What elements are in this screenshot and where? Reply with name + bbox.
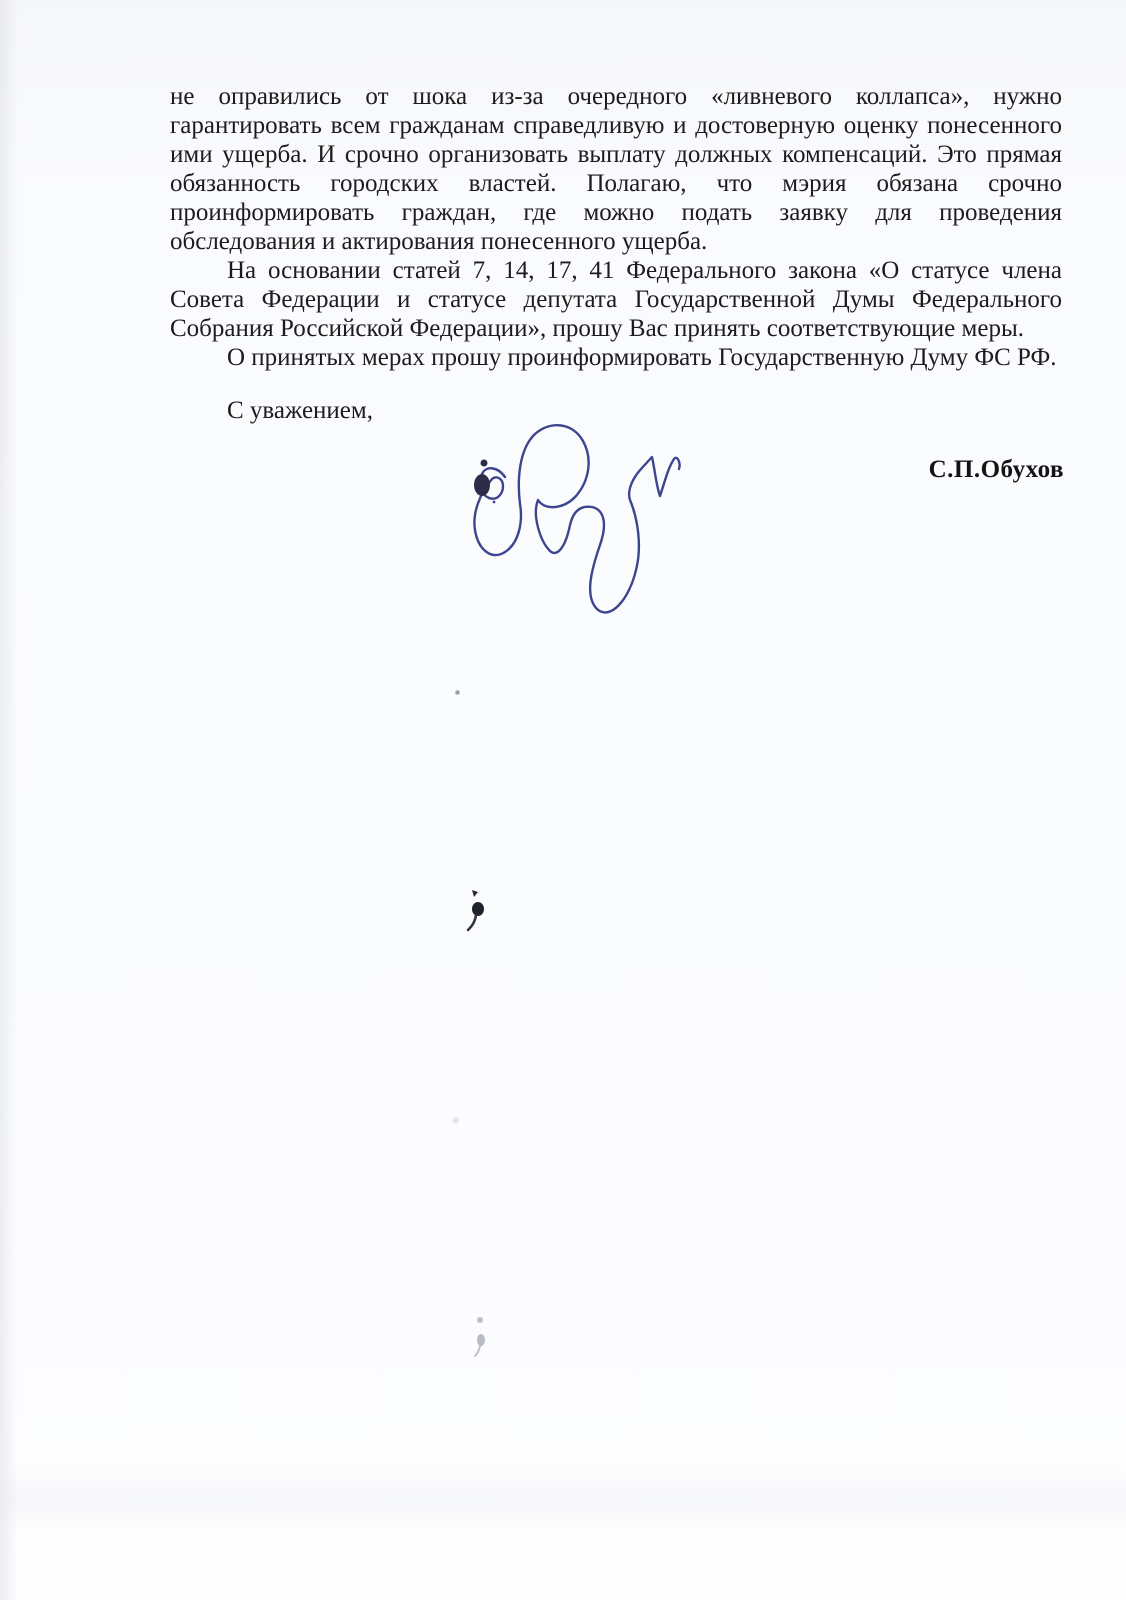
ink-speck (455, 690, 460, 695)
scan-edge-shading-left (0, 0, 18, 1600)
signature-image (438, 393, 708, 625)
ink-speck-cluster (462, 882, 494, 938)
scanned-letter-page: не оправились от шока из-за очередного «… (0, 0, 1126, 1600)
signature-ink-dot (481, 460, 488, 467)
paragraph-continuation: не оправились от шока из-за очередного «… (170, 82, 1062, 256)
paragraph-request-inform: О принятых мерах прошу проинформировать … (170, 343, 1062, 372)
ink-speck-cluster-faint (468, 1312, 496, 1360)
signature-ink-blot (474, 474, 490, 496)
signature-ink-dot-small (493, 501, 496, 504)
signature-stroke (474, 425, 679, 612)
paragraph-legal-basis: На основании статей 7, 14, 17, 41 Федера… (170, 256, 1062, 343)
scan-edge-shading-bottom (0, 1468, 1126, 1528)
handwritten-signature (438, 393, 708, 625)
ink-smudge (451, 1116, 460, 1125)
signer-name: С.П.Обухов (929, 456, 1064, 484)
letter-body: не оправились от шока из-за очередного «… (170, 82, 1062, 425)
